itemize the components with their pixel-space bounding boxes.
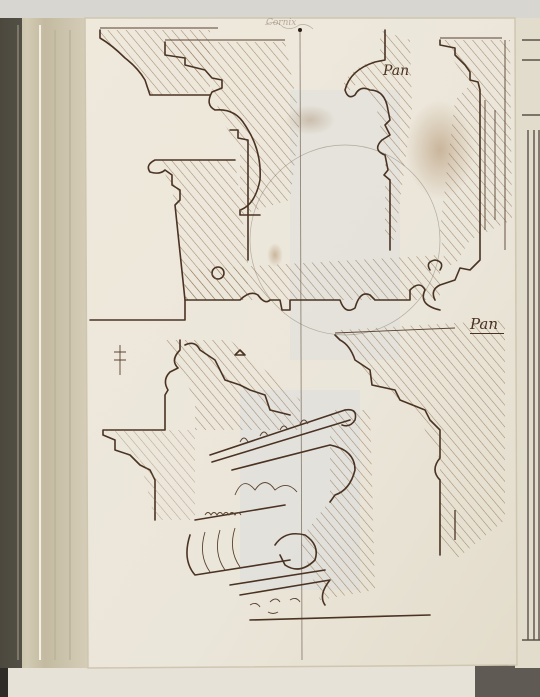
annotation-faint-top: Cornix [266, 18, 296, 28]
annotation-pan-top: Pan [383, 63, 409, 79]
sketchbook-photo: Pan Pan Cornix [0, 0, 540, 697]
sketchbook-drawing [0, 0, 540, 697]
annotation-pan-right: Pan [470, 315, 504, 334]
table-surface [0, 665, 540, 697]
